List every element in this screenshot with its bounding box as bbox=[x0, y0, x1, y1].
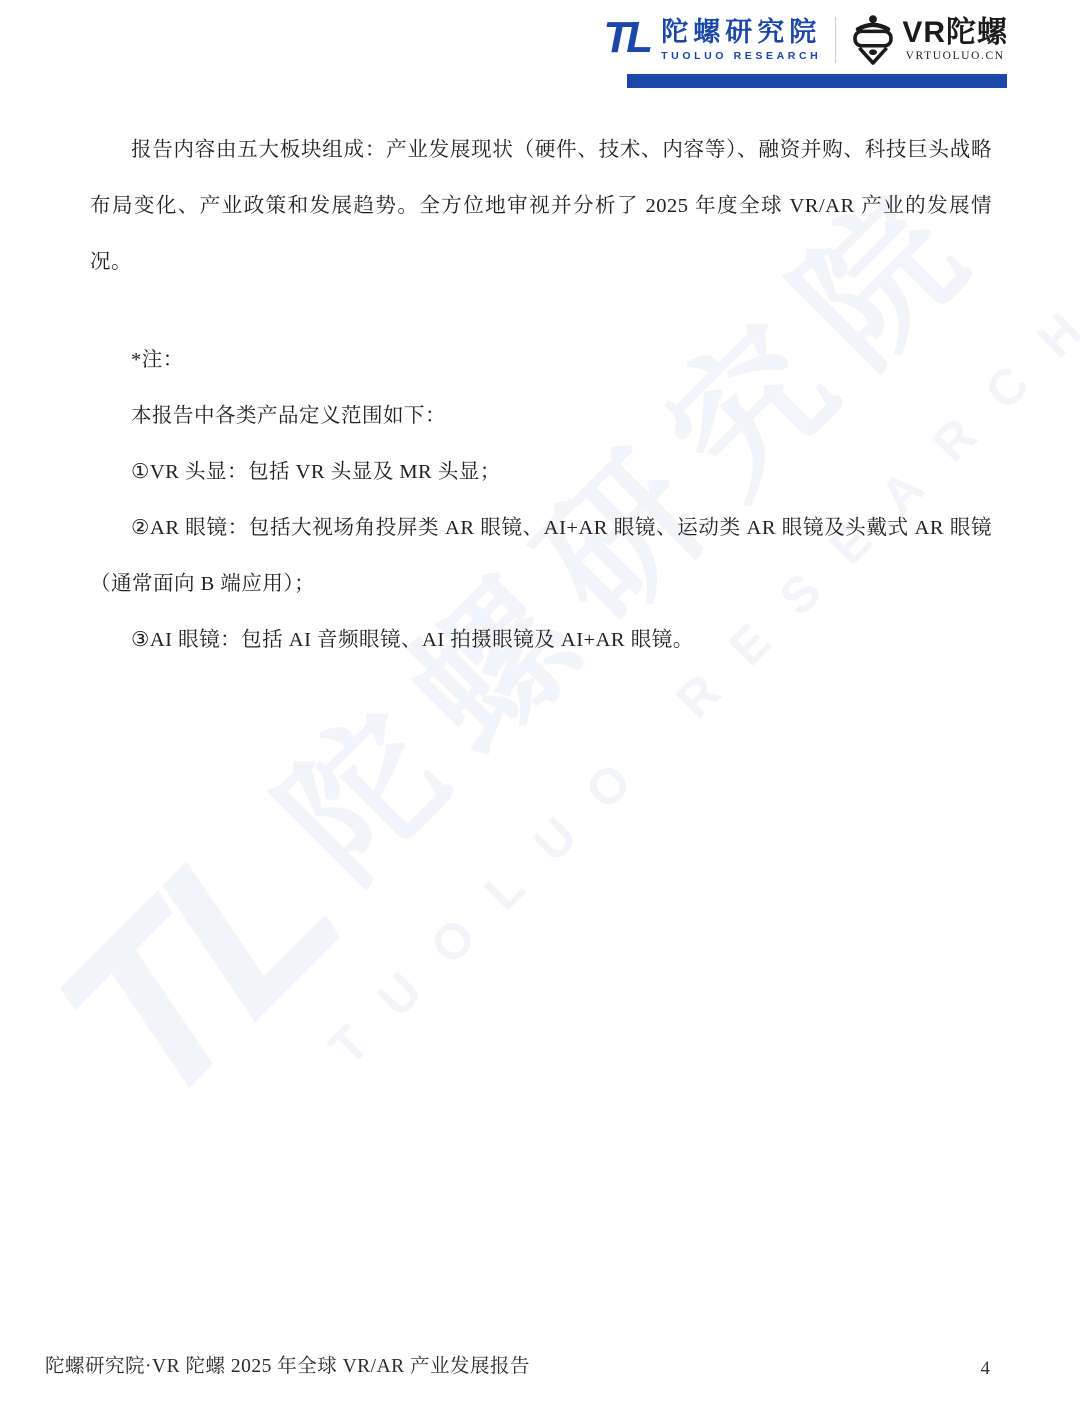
footer: 陀螺研究院·VR 陀螺 2025 年全球 VR/AR 产业发展报告 4 bbox=[45, 1350, 990, 1380]
tuoluo-tl-logo-icon: TL bbox=[603, 16, 649, 64]
vrtuoluo-site-url: VRTUOLUO.CN bbox=[906, 50, 1005, 62]
note-item-vr: ①VR 头显：包括 VR 头显及 MR 头显； bbox=[90, 444, 992, 500]
vrtuoluo-name: VR陀螺 bbox=[902, 18, 1008, 48]
note-label: *注： bbox=[90, 332, 992, 388]
watermark-tl-logo: TL bbox=[18, 791, 370, 1143]
page-number: 4 bbox=[981, 1358, 991, 1380]
brand-name-cn: 陀螺研究院 bbox=[661, 18, 821, 46]
header-accent-bar bbox=[627, 74, 1007, 88]
brand-name-en: TUOLUO RESEARCH bbox=[661, 50, 821, 62]
vr-goggles-icon bbox=[850, 14, 896, 66]
header: TL 陀螺研究院 TUOLUO RESEARCH VR陀螺 VRTUOLUO.C… bbox=[603, 14, 1008, 66]
header-divider bbox=[835, 17, 836, 63]
vrtuoluo-text-block: VR陀螺 VRTUOLUO.CN bbox=[902, 18, 1008, 62]
document-page: TL 陀螺研究院 TUOLUO RESEARCH TL 陀螺研究院 TUOLUO… bbox=[0, 0, 1080, 1425]
report-body: 报告内容由五大板块组成：产业发展现状（硬件、技术、内容等）、融资并购、科技巨头战… bbox=[90, 122, 992, 668]
note-item-ai: ③AI 眼镜：包括 AI 音频眼镜、AI 拍摄眼镜及 AI+AR 眼镜。 bbox=[90, 612, 992, 668]
intro-paragraph: 报告内容由五大板块组成：产业发展现状（硬件、技术、内容等）、融资并购、科技巨头战… bbox=[90, 122, 992, 290]
vrtuoluo-wordmark: VR陀螺 VRTUOLUO.CN bbox=[850, 14, 1008, 66]
note-item-ar: ②AR 眼镜：包括大视场角投屏类 AR 眼镜、AI+AR 眼镜、运动类 AR 眼… bbox=[90, 500, 992, 612]
tuoluo-research-wordmark: 陀螺研究院 TUOLUO RESEARCH bbox=[661, 18, 821, 61]
note-intro: 本报告中各类产品定义范围如下： bbox=[90, 388, 992, 444]
footer-report-title: 陀螺研究院·VR 陀螺 2025 年全球 VR/AR 产业发展报告 bbox=[45, 1350, 530, 1378]
